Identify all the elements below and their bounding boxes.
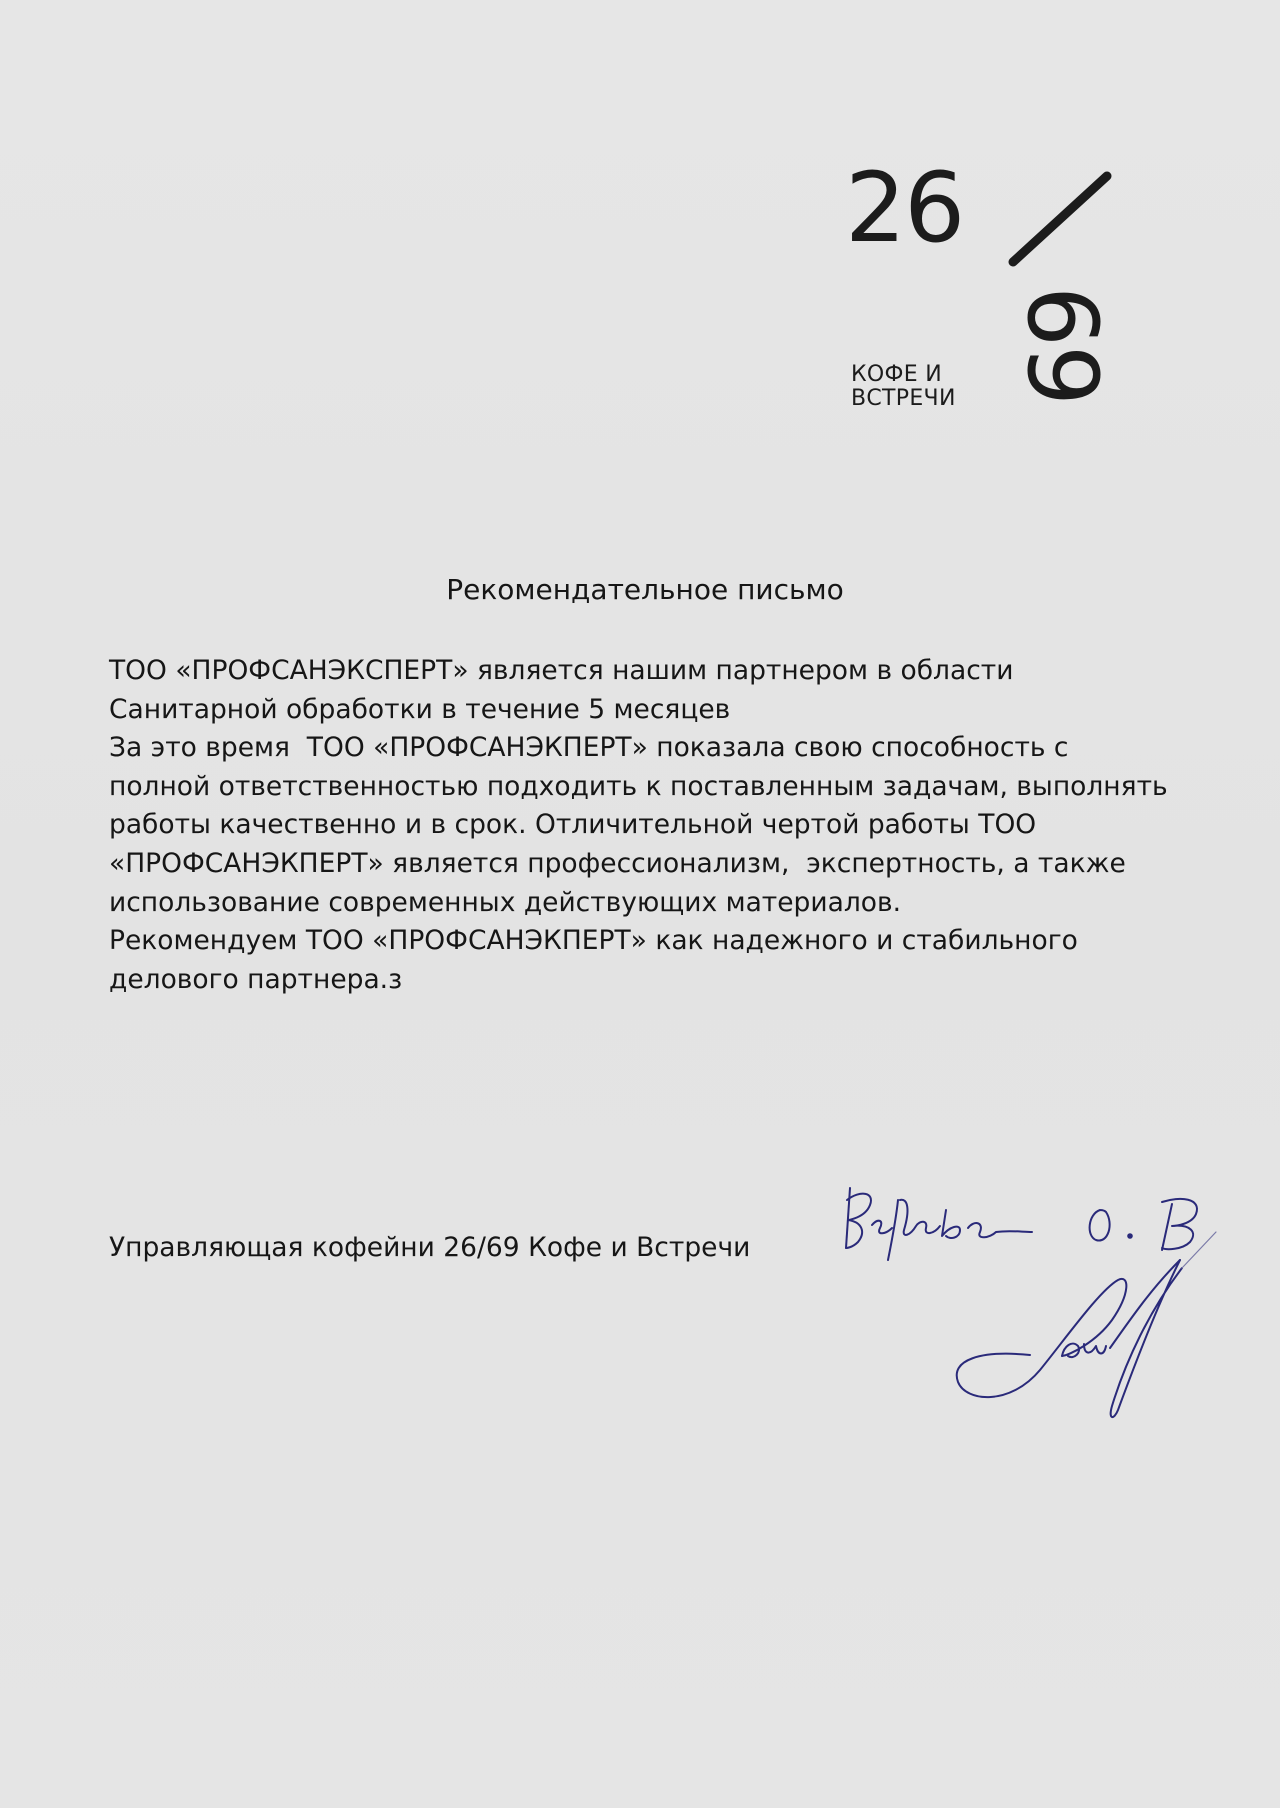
logo-69-text: 69 (1006, 286, 1118, 404)
document-title: Рекомендательное письмо (0, 570, 1280, 610)
logo-number-69-rotated: 69 (997, 280, 1127, 410)
handwritten-signature-icon (800, 1170, 1230, 1460)
body-line: Санитарной обработки в течение 5 месяцев (109, 691, 1209, 730)
body-line: ТОО «ПРОФСАНЭКСПЕРТ» является нашим парт… (109, 652, 1209, 691)
document-body: ТОО «ПРОФСАНЭКСПЕРТ» является нашим парт… (109, 652, 1209, 999)
body-line: делового партнера.з (109, 961, 1209, 1000)
signatory-role: Управляющая кофейни 26/69 Кофе и Встречи (109, 1228, 750, 1268)
logo-tagline-line2: ВСТРЕЧИ (851, 387, 956, 411)
body-line: За это время ТОО «ПРОФСАНЭКПЕРТ» показал… (109, 729, 1209, 768)
body-line: Рекомендуем ТОО «ПРОФСАНЭКПЕРТ» как наде… (109, 922, 1209, 961)
logo-tagline-line1: КОФЕ И (851, 363, 956, 387)
body-line: работы качественно и в срок. Отличительн… (109, 806, 1209, 845)
logo-tagline: КОФЕ И ВСТРЕЧИ (851, 363, 956, 411)
body-line: использование современных действующих ма… (109, 884, 1209, 923)
logo-number-26: 26 (845, 160, 963, 256)
document-page: 26 69 КОФЕ И ВСТРЕЧИ Рекомендательное пи… (0, 0, 1280, 1808)
body-line: полной ответственностью подходить к пост… (109, 768, 1209, 807)
body-line: «ПРОФСАНЭКПЕРТ» является профессионализм… (109, 845, 1209, 884)
company-logo: 26 69 КОФЕ И ВСТРЕЧИ (845, 160, 1115, 420)
logo-slash-icon (1005, 170, 1115, 270)
